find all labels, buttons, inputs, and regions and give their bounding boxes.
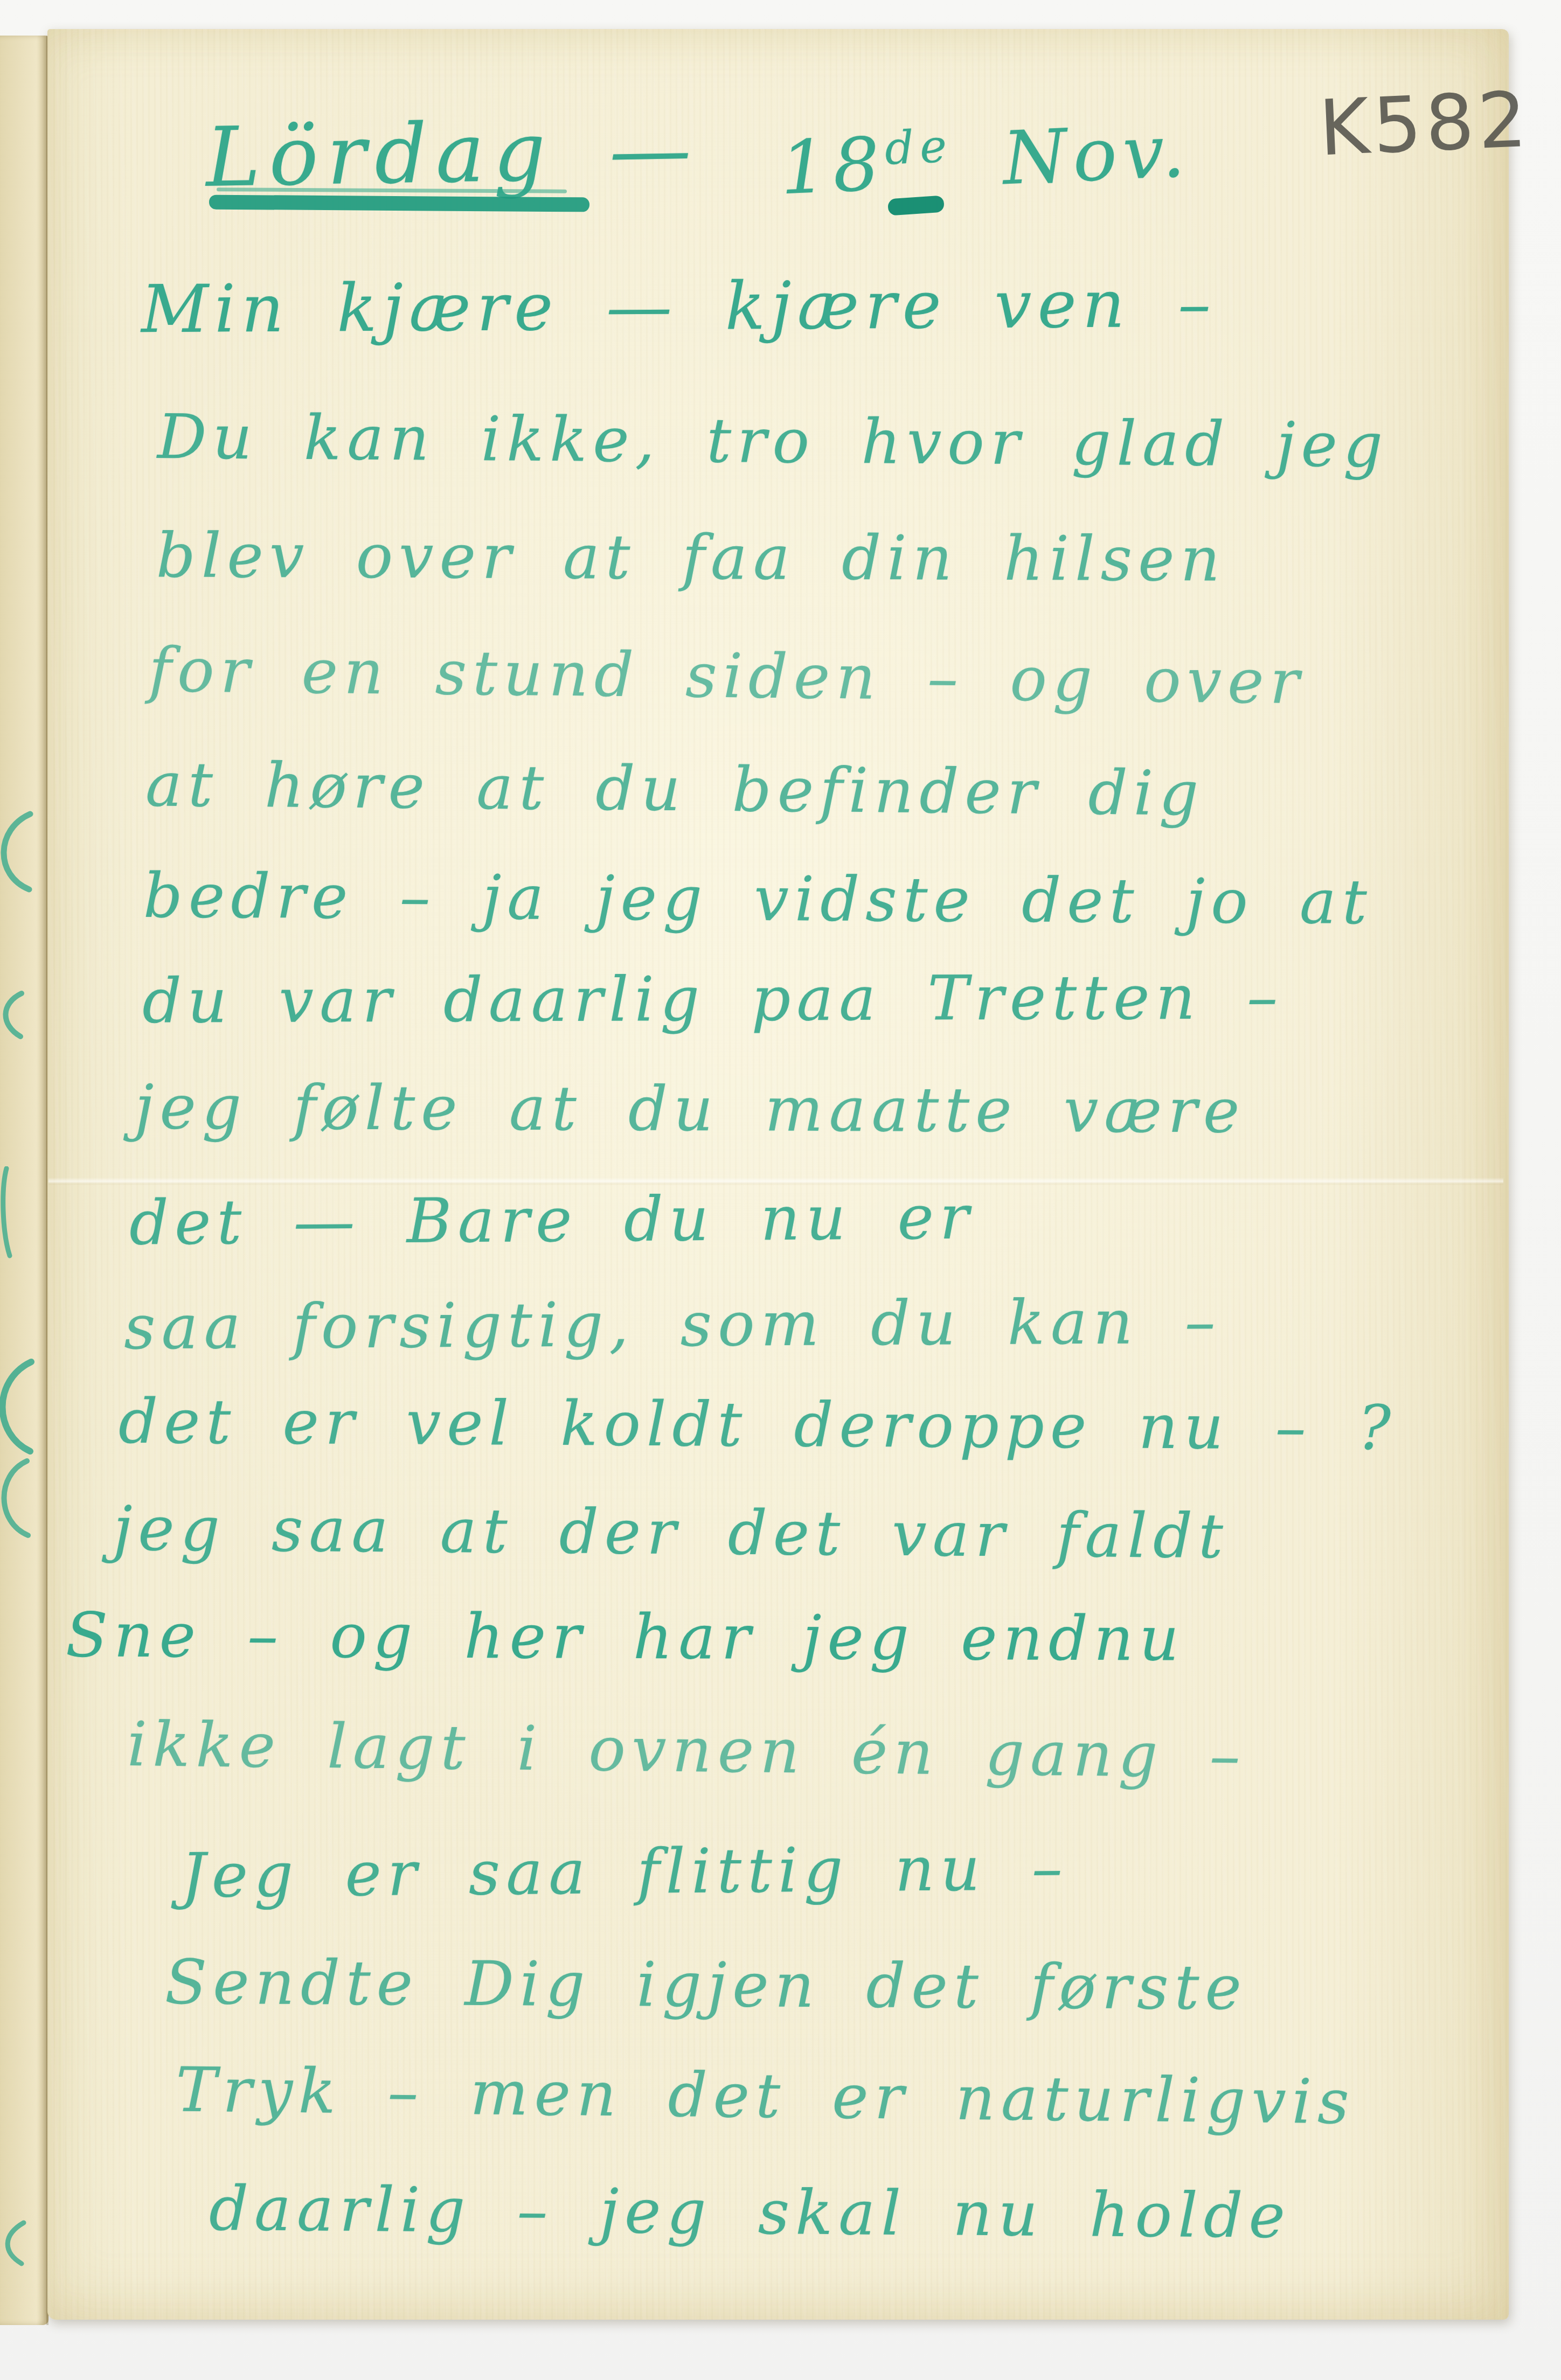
ink-bleed-mark	[0, 2218, 27, 2268]
handwritten-line: daarlig – jeg skal nu holde	[209, 2173, 1292, 2252]
handwritten-line: ikke lagt i ovnen én gang –	[127, 1708, 1246, 1792]
handwritten-line: saa forsigtig, som du kan –	[124, 1286, 1222, 1363]
handwritten-line: det er vel koldt deroppe nu – ?	[119, 1386, 1397, 1464]
ink-bleed-mark	[0, 1358, 36, 1456]
handwritten-line: Sne – og her har jeg endnu	[66, 1599, 1185, 1674]
letter-date: 18de Nov.	[779, 108, 1192, 211]
handwritten-line: Jeg er saa flittig nu –	[181, 1832, 1069, 1911]
handwritten-line: jeg saa at der det var faldt	[113, 1493, 1230, 1572]
ink-bleed-mark	[0, 1166, 16, 1259]
scanned-letter: K582 Lördag — 18de Nov. Min kjære — kjær…	[0, 0, 1561, 2380]
handwritten-line: Sendte Dig igjen det første	[165, 1946, 1248, 2024]
catalog-number: K582	[1317, 75, 1532, 173]
handwritten-line: du var daarlig paa Tretten –	[142, 961, 1284, 1036]
salutation-line: Min kjære — kjære ven –	[141, 266, 1217, 347]
handwritten-line: Du kan ikke, tro hvor glad jeg	[157, 401, 1389, 481]
handwritten-line: blev over at faa din hilsen	[156, 520, 1226, 595]
handwritten-line: jeg følte at du maatte være	[135, 1071, 1246, 1146]
date-number: 18	[779, 122, 887, 211]
date-month: Nov.	[952, 108, 1193, 204]
ink-bleed-mark	[0, 811, 34, 895]
title-underline	[209, 195, 589, 212]
handwritten-line: at høre at du befinder dig	[145, 748, 1204, 829]
handwritten-line: bedre – ja jeg vidste det jo at	[143, 860, 1373, 938]
handwritten-line: Tryk – men det er naturligvis	[175, 2054, 1355, 2138]
handwritten-line: det — Bare du nu er	[129, 1181, 975, 1259]
handwritten-line: for en stund siden – og over	[148, 634, 1305, 718]
ink-bleed-mark	[0, 1458, 31, 1540]
date-ordinal: de	[884, 119, 954, 175]
ink-bleed-mark	[0, 990, 26, 1042]
